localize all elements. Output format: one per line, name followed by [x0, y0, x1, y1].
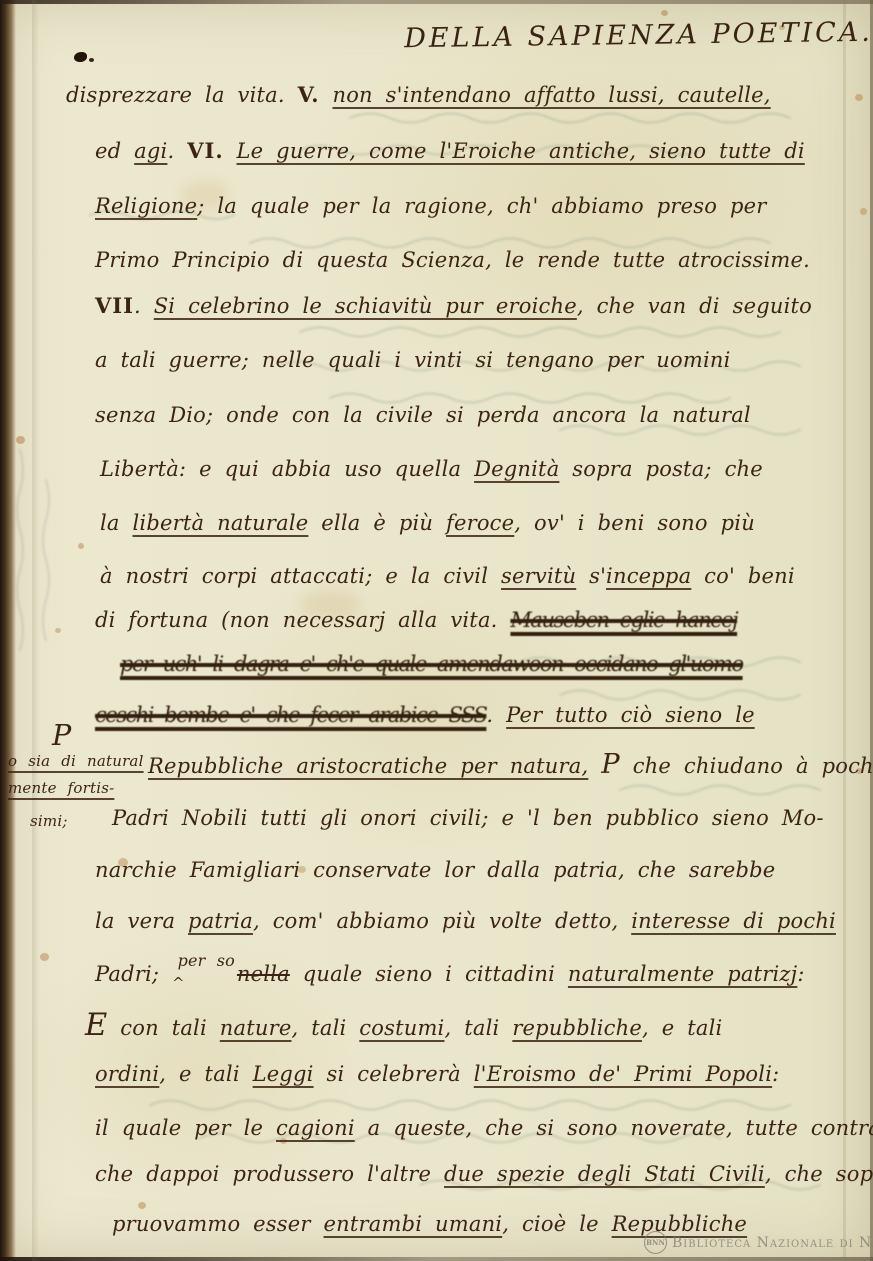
- paper-crease: [843, 0, 846, 1261]
- manuscript-line: Primo Principio di questa Scienza, le re…: [95, 248, 810, 272]
- foxing-stain: [40, 953, 49, 961]
- manuscript-line: la libertà naturale ella è più feroce, o…: [100, 511, 755, 535]
- crossed-out-text: ceschi bembe e' che fecer arabice SSS: [95, 703, 486, 727]
- handwritten-text: P: [52, 718, 71, 752]
- handwritten-text: di fortuna (non necessarj alla vita.: [95, 608, 510, 632]
- handwritten-text: co' beni: [691, 564, 794, 588]
- page-edge-top: [0, 0, 873, 4]
- handwritten-text: :: [797, 962, 804, 986]
- handwritten-text: il quale per le: [95, 1116, 276, 1140]
- manuscript-line: di fortuna (non necessarj alla vita. Mau…: [95, 608, 737, 632]
- paper-crease: [32, 0, 39, 1261]
- handwritten-text: Degnità: [474, 457, 559, 481]
- handwritten-text: mente fortis-: [8, 779, 114, 797]
- ink-blot: [89, 58, 94, 62]
- handwritten-text: V.: [298, 82, 320, 107]
- handwritten-text: feroce: [446, 511, 514, 535]
- handwritten-text: per so: [178, 951, 235, 970]
- manuscript-title: DELLA SAPIENZA POETICA.: [403, 17, 872, 55]
- handwritten-text: servitù: [501, 564, 576, 588]
- handwritten-text: ella è più: [308, 511, 446, 535]
- handwritten-text: ; la quale per la ragione, ch' abbiamo p…: [197, 194, 766, 218]
- handwritten-text: , e tali: [159, 1062, 252, 1086]
- handwritten-text: Si celebrino le schiavitù pur eroiche: [154, 294, 577, 318]
- handwritten-text: , che van di seguito: [577, 294, 812, 318]
- handwritten-text: o sia di natural: [8, 752, 144, 770]
- handwritten-text: Per tutto ciò sieno le: [506, 703, 755, 727]
- handwritten-text: [320, 83, 333, 107]
- manuscript-line: la vera patria, com' abbiamo più volte d…: [95, 909, 836, 933]
- foxing-stain: [855, 94, 863, 101]
- manuscript-page: DELLA SAPIENZA POETICA. disprezzare la v…: [0, 0, 873, 1261]
- handwritten-text: ed: [95, 139, 134, 163]
- handwritten-text: patria: [188, 909, 253, 933]
- manuscript-line: ordini, e tali Leggi si celebrerà l'Eroi…: [95, 1062, 779, 1086]
- manuscript-line: Libertà: e qui abbia uso quella Degnità …: [100, 457, 763, 481]
- handwritten-text: repubbliche: [512, 1016, 642, 1040]
- manuscript-line: ceschi bembe e' che fecer arabice SSS. P…: [95, 703, 755, 727]
- handwritten-text: sopra posta; che: [559, 457, 762, 481]
- manuscript-line: Padri; ^per sonella quale sieno i cittad…: [95, 962, 805, 986]
- library-logo-icon: BNN: [644, 1231, 667, 1254]
- handwritten-text: a queste, che si sono noverate, tutte co…: [355, 1116, 873, 1140]
- handwritten-text: .: [486, 703, 506, 727]
- library-watermark: BNN Biblioteca Nazionale di Napoli: [644, 1231, 873, 1254]
- handwritten-text: pruovammo esser: [112, 1212, 324, 1236]
- manuscript-line: simi;: [30, 812, 68, 830]
- manuscript-line: E con tali nature, tali costumi, tali re…: [85, 1008, 722, 1043]
- manuscript-line: mente fortis-: [8, 779, 114, 797]
- handwritten-text: ordini: [95, 1062, 159, 1086]
- handwritten-text: VII: [95, 293, 134, 318]
- handwritten-text: con tali: [107, 1016, 219, 1040]
- handwritten-text: P: [601, 749, 620, 780]
- foxing-stain: [138, 1202, 146, 1209]
- manuscript-line: o sia di natural: [8, 752, 144, 770]
- handwritten-text: E: [85, 1008, 107, 1043]
- handwritten-text: inceppa: [606, 564, 691, 588]
- handwritten-text: disprezzare la vita.: [66, 83, 298, 107]
- page-edge-bottom: [0, 1257, 873, 1261]
- handwritten-text: :: [772, 1062, 779, 1086]
- handwritten-text: senza Dio; onde con la civile si perda a…: [95, 403, 751, 427]
- handwritten-text: due spezie degli Stati Civili: [444, 1162, 765, 1186]
- handwritten-text: non s'intendano affatto lussi, cautelle,: [332, 83, 770, 107]
- manuscript-line: a tali guerre; nelle quali i vinti si te…: [95, 348, 731, 372]
- handwritten-text: costumi: [359, 1016, 444, 1040]
- handwritten-text: simi;: [30, 812, 68, 830]
- handwritten-text: cagioni: [276, 1116, 355, 1140]
- handwritten-text: nella: [237, 962, 290, 986]
- manuscript-line: VII. Si celebrino le schiavitù pur eroic…: [95, 293, 812, 318]
- handwritten-text: à nostri corpi attaccati; e la civil: [100, 564, 501, 588]
- handwritten-text: Le guerre, come l'Eroiche antiche, sieno…: [237, 139, 805, 163]
- handwritten-text: libertà naturale: [133, 511, 309, 535]
- handwritten-text: naturalmente patrizj: [568, 962, 797, 986]
- manuscript-line: narchie Famigliari conservate lor dalla …: [95, 858, 775, 882]
- handwritten-text: si celebrerà: [314, 1062, 474, 1086]
- handwritten-text: Leggi: [253, 1062, 314, 1086]
- handwritten-text: quale sieno i cittadini: [290, 962, 568, 986]
- handwritten-text: agi: [134, 139, 167, 163]
- library-watermark-label: Biblioteca Nazionale di Napoli: [672, 1235, 873, 1251]
- handwritten-text: Padri Nobili tutti gli onori civili; e '…: [112, 806, 824, 830]
- handwritten-text: Libertà: e qui abbia uso quella: [100, 457, 474, 481]
- foxing-stain: [661, 10, 668, 16]
- crossed-out-text: Mauseben eglie haneej: [510, 608, 737, 632]
- handwritten-text: interesse di pochi: [631, 909, 836, 933]
- handwritten-text: .: [167, 139, 187, 163]
- manuscript-line: Padri Nobili tutti gli onori civili; e '…: [112, 806, 824, 830]
- handwritten-text: [588, 754, 601, 778]
- handwritten-text: Religione: [95, 194, 197, 218]
- handwritten-text: , e tali: [642, 1016, 722, 1040]
- handwritten-text: a tali guerre; nelle quali i vinti si te…: [95, 348, 731, 372]
- foxing-stain: [78, 543, 84, 549]
- handwritten-text: VI.: [187, 138, 223, 163]
- manuscript-line: P: [52, 718, 71, 752]
- handwritten-text: , com' abbiamo più volte detto,: [253, 909, 631, 933]
- handwritten-text: , che sopra: [765, 1162, 873, 1186]
- manuscript-line: Religione; la quale per la ragione, ch' …: [95, 194, 767, 218]
- foxing-stain: [55, 628, 61, 633]
- manuscript-line: à nostri corpi attaccati; e la civil ser…: [100, 564, 795, 588]
- handwritten-text: Padri;: [95, 962, 172, 986]
- foxing-stain: [860, 208, 867, 215]
- handwritten-text: , ov' i beni sono più: [514, 511, 755, 535]
- handwritten-text: l'Eroismo de' Primi Popoli: [474, 1062, 772, 1086]
- handwritten-text: Repubbliche aristocratiche per natura,: [148, 754, 588, 778]
- handwritten-text: , cioè le: [502, 1212, 611, 1236]
- handwritten-text: che dappoi produssero l'altre: [95, 1162, 444, 1186]
- handwritten-text: s': [576, 564, 606, 588]
- handwritten-text: .: [134, 294, 154, 318]
- manuscript-line: che dappoi produssero l'altre due spezie…: [95, 1162, 873, 1186]
- manuscript-line: ed agi. VI. Le guerre, come l'Eroiche an…: [95, 138, 805, 163]
- manuscript-line: il quale per le cagioni a queste, che si…: [95, 1116, 873, 1140]
- handwritten-text: ^: [172, 975, 185, 992]
- handwritten-text: nature: [220, 1016, 292, 1040]
- handwritten-text: che chiudano à pochi: [620, 754, 873, 778]
- handwritten-text: , tali: [444, 1016, 512, 1040]
- crossed-out-text: per uch' li dagra e' ch'e quale amendawo…: [120, 652, 743, 676]
- handwritten-text: , tali: [291, 1016, 359, 1040]
- ink-blot: [74, 52, 87, 62]
- manuscript-line: disprezzare la vita. V. non s'intendano …: [66, 82, 771, 107]
- binding-edge: [0, 0, 16, 1261]
- handwritten-text: narchie Famigliari conservate lor dalla …: [95, 858, 775, 882]
- handwritten-text: la: [100, 511, 133, 535]
- manuscript-line: Repubbliche aristocratiche per natura, P…: [148, 749, 873, 780]
- handwritten-text: Primo Principio di questa Scienza, le re…: [95, 248, 810, 272]
- handwritten-text: la vera: [95, 909, 188, 933]
- manuscript-line: per uch' li dagra e' ch'e quale amendawo…: [120, 652, 743, 676]
- foxing-stain: [16, 436, 25, 444]
- handwritten-text: [224, 139, 237, 163]
- handwritten-text: entrambi umani: [324, 1212, 503, 1236]
- manuscript-line: senza Dio; onde con la civile si perda a…: [95, 403, 751, 427]
